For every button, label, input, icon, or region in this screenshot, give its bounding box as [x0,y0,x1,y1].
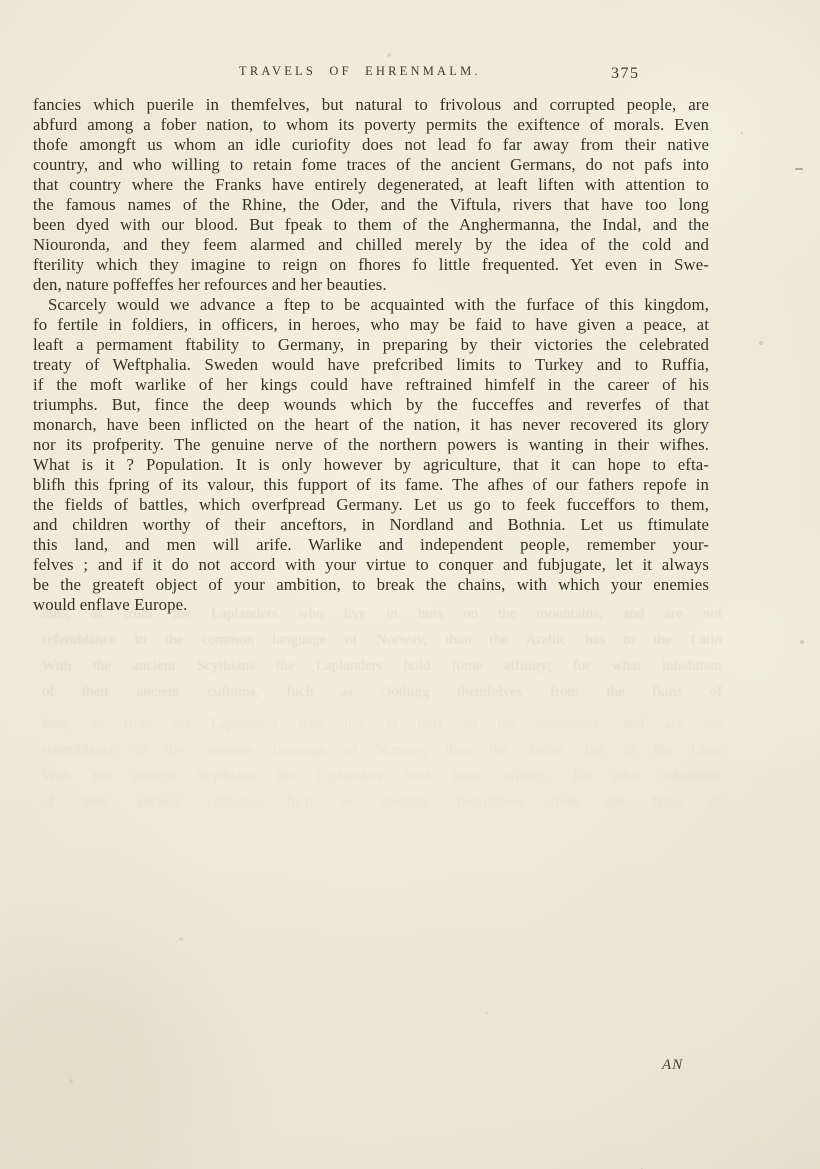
paragraph-1: fancies which puerile in themfelves, but… [33,95,709,295]
text-line: of their ancient cuftoms, fuch as clothi… [42,790,722,816]
text-line: fterility which they imagine to reign on… [33,255,709,275]
text-line: of their ancient cuftoms, fuch as clothi… [42,679,722,705]
text-line: treaty of Weftphalia. Sweden would have … [33,355,709,375]
text-block: fancies which puerile in themfelves, but… [33,95,709,615]
text-line: huts, as from the Laplanders who live in… [42,712,722,738]
bleedthrough-text-lower: huts, as from the Laplanders who live in… [42,712,722,816]
text-line: Scarcely would we advance a ftep to be a… [33,295,709,315]
text-line: felves ; and if it do not accord with yo… [33,555,709,575]
catchword: AN [662,1057,683,1074]
text-line: With the ancient Scythians the Laplander… [42,653,722,679]
paper-speckles [0,0,2,2]
bleedthrough-text-upper: huts, as from the Laplanders who live in… [42,601,722,705]
text-line: blifh this fpring of its valour, this fu… [33,475,709,495]
text-line: would enflave Europe. [33,595,709,615]
text-line: Niouronda, and they feem alarmed and chi… [33,235,709,255]
text-line: monarch, have been inflicted on the hear… [33,415,709,435]
text-line: What is it ? Population. It is only howe… [33,455,709,475]
text-line: refemblance to the common language of No… [42,627,722,653]
text-line: triumphs. But, fince the deep wounds whi… [33,395,709,415]
margin-mark [795,168,803,170]
text-line: country, and who willing to retain fome … [33,155,709,175]
text-line: leaft a permament ftability to Germany, … [33,335,709,355]
text-line: be the greateft object of your ambition,… [33,575,709,595]
text-line: refemblance to the common language of No… [42,738,722,764]
text-line: abfurd among a fober nation, to whom its… [33,115,709,135]
text-line: nor its profperity. The genuine nerve of… [33,435,709,455]
text-line: that country where the Franks have entir… [33,175,709,195]
text-line: den, nature poffeffes her refources and … [33,275,709,295]
text-line: With the ancient Scythians the Laplander… [42,764,722,790]
text-line: been dyed with our blood. But fpeak to t… [33,215,709,235]
text-line: fo fertile in foldiers, in officers, in … [33,315,709,335]
text-line: this land, and men will arife. Warlike a… [33,535,709,555]
text-line: and children worthy of their anceftors, … [33,515,709,535]
text-line: if the moft warlike of her kings could h… [33,375,709,395]
book-page: { "page": { "running_title": "TRAVELS OF… [0,0,820,1169]
text-line: thofe amongft us whom an idle curiofity … [33,135,709,155]
text-line: the famous names of the Rhine, the Oder,… [33,195,709,215]
running-title: TRAVELS OF EHRENMALM. [239,64,481,79]
page-number: 375 [611,65,640,83]
text-line: the fields of battles, which overfpread … [33,495,709,515]
text-line: fancies which puerile in themfelves, but… [33,95,709,115]
paragraph-2: Scarcely would we advance a ftep to be a… [33,295,709,615]
